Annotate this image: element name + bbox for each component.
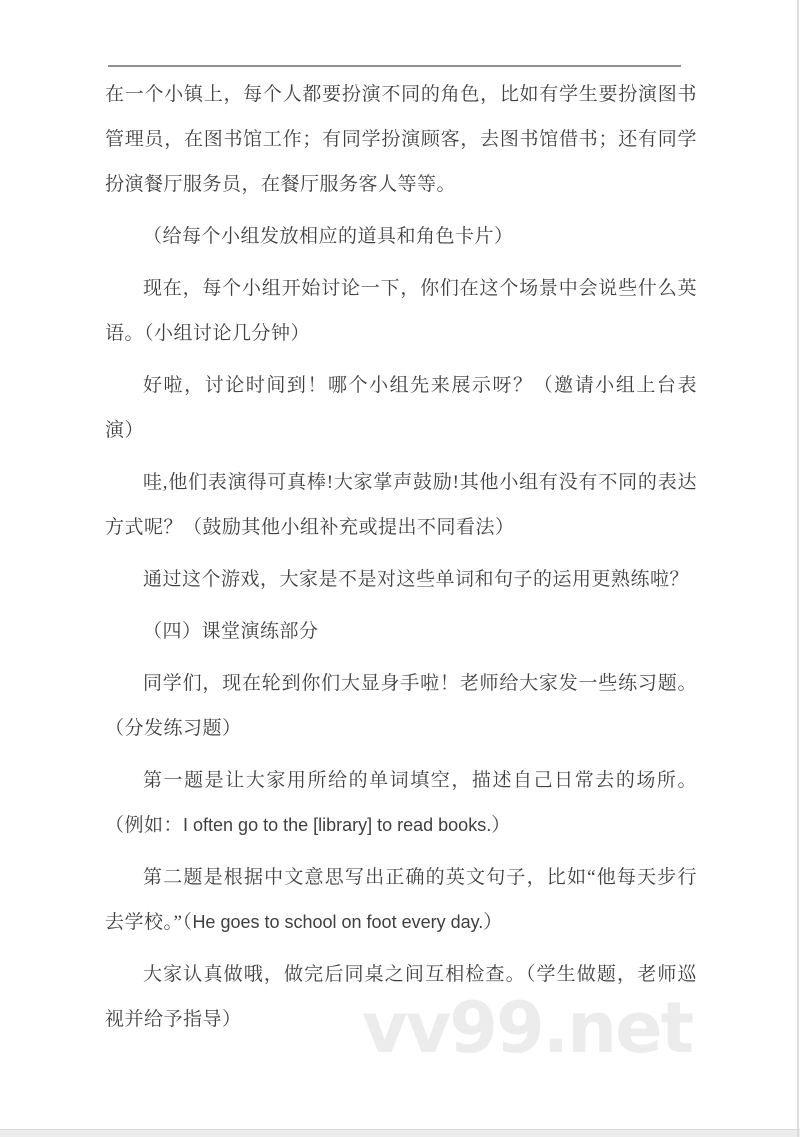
- paragraph-text: 哇,他们表演得可真棒!大家掌声鼓励!其他小组有没有不同的表达方式呢？（鼓励其他小…: [105, 472, 697, 538]
- section-heading: （四）课堂演练部分: [105, 609, 697, 654]
- paragraph-text: 好啦，讨论时间到！哪个小组先来展示呀？（邀请小组上台表演）: [105, 375, 697, 441]
- paragraph: 通过这个游戏，大家是不是对这些单词和句子的运用更熟练啦？: [105, 557, 697, 602]
- english-example-text: He goes to school on foot every day.: [192, 912, 483, 932]
- paragraph-text: 通过这个游戏，大家是不是对这些单词和句子的运用更熟练啦？: [143, 569, 689, 590]
- paragraph: 哇,他们表演得可真棒!大家掌声鼓励!其他小组有没有不同的表达方式呢？（鼓励其他小…: [105, 460, 697, 550]
- english-example-text: I often go to the [library] to read book…: [183, 815, 491, 835]
- paragraph-text: 现在，每个小组开始讨论一下，你们在这个场景中会说些什么英语。（小组讨论几分钟）: [105, 278, 697, 344]
- header-separator-line: [108, 65, 681, 67]
- site-watermark: vv99.net: [362, 993, 692, 1063]
- paragraph: （给每个小组发放相应的道具和角色卡片）: [105, 214, 697, 259]
- paragraph: 第一题是让大家用所给的单词填空，描述自己日常去的场所。（例如：I often g…: [105, 758, 697, 848]
- paragraph: 现在，每个小组开始讨论一下，你们在这个场景中会说些什么英语。（小组讨论几分钟）: [105, 266, 697, 356]
- paragraph-text: ）: [483, 912, 503, 933]
- paragraph: 在一个小镇上，每个人都要扮演不同的角色，比如有学生要扮演图书管理员，在图书馆工作…: [105, 72, 697, 207]
- section-heading-text: （四）课堂演练部分: [143, 621, 319, 642]
- paragraph: 好啦，讨论时间到！哪个小组先来展示呀？（邀请小组上台表演）: [105, 363, 697, 453]
- page-right-edge: [797, 0, 799, 1137]
- paragraph: 第二题是根据中文意思写出正确的英文句子，比如“他每天步行去学校。”（He goe…: [105, 855, 697, 945]
- document-page: { "page": { "watermark": "vv99.net" }, "…: [0, 0, 800, 1137]
- paragraph-text: （给每个小组发放相应的道具和角色卡片）: [143, 226, 514, 247]
- document-text-body: 在一个小镇上，每个人都要扮演不同的角色，比如有学生要扮演图书管理员，在图书馆工作…: [105, 72, 697, 1049]
- page-bottom-edge: [0, 1129, 800, 1137]
- paragraph-text: ）: [491, 815, 511, 836]
- paragraph-text: 同学们，现在轮到你们大显身手啦！老师给大家发一些练习题。（分发练习题）: [105, 673, 697, 739]
- paragraph: 同学们，现在轮到你们大显身手啦！老师给大家发一些练习题。（分发练习题）: [105, 661, 697, 751]
- paragraph-text: 在一个小镇上，每个人都要扮演不同的角色，比如有学生要扮演图书管理员，在图书馆工作…: [105, 84, 697, 195]
